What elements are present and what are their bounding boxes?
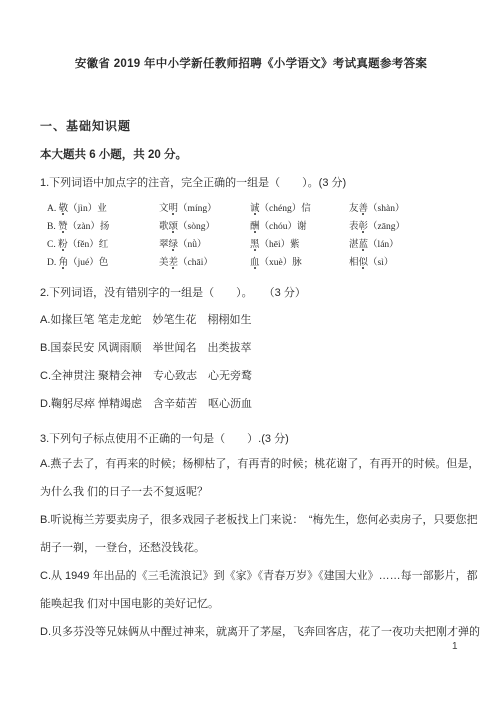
q1-cell: 相似（sì） [349, 254, 462, 272]
section-heading: 一、基础知识题 [40, 117, 462, 134]
q2-option: B.国泰民安 风调雨顺 举世闻名 出类拔萃 [40, 334, 462, 362]
q1-cell: 翠绿（nǜ） [159, 236, 250, 254]
q1-cell: B. 赞（zàn）扬 [47, 218, 159, 236]
q1-option-row: B. 赞（zàn）扬歌颂（sòng）酬（chóu）谢表彰（zāng） [47, 218, 462, 236]
emphasis-dot-char: 酬 [250, 222, 260, 232]
q1-cell: 酬（chóu）谢 [250, 218, 349, 236]
q1-option-row: D. 角（jué）色美差（chāi）血（xuè）脉相似（sì） [47, 254, 462, 272]
q2-option: C.全神贯注 聚精会神 专心致志 心无旁鹜 [40, 362, 462, 390]
page-number: 1 [452, 641, 458, 652]
q2-options: A.如掾巨笔 笔走龙蛇 妙笔生花 栩栩如生B.国泰民安 风调雨顺 举世闻名 出类… [40, 306, 462, 418]
emphasis-dot-char: 善 [359, 204, 369, 214]
q1-cell: A. 敬（jìn）业 [47, 200, 159, 218]
emphasis-dot-char: 诚 [250, 204, 260, 214]
document-title: 安徽省 2019 年中小学新任教师招聘《小学语文》考试真题参考答案 [40, 0, 462, 71]
q1-cell: 诚（chéng）信 [250, 200, 349, 218]
q3-option-line: A.燕子去了，有再来的时候；杨柳枯了，有再青的时候；桃花谢了，有再开的时候。但是… [40, 450, 462, 478]
q1-option-row: C. 粉（fěn）红翠绿（nǜ）黑（hēi）紫湛蓝（lán） [47, 236, 462, 254]
option-label: C. [47, 240, 58, 250]
q1-cell: 美差（chāi） [159, 254, 250, 272]
emphasis-dot-char: 血 [250, 258, 260, 268]
q1-options-table: A. 敬（jìn）业文明（míng）诚（chéng）信友善（shàn）B. 赞（… [40, 200, 462, 272]
document-content: 安徽省 2019 年中小学新任教师招聘《小学语文》考试真题参考答案 一、基础知识… [0, 0, 500, 646]
q1-cell: C. 粉（fěn）红 [47, 236, 159, 254]
emphasis-dot-char: 绿 [169, 240, 179, 250]
q3-option-line: 胡子一剃，一登台，还愁没钱花。 [40, 534, 462, 562]
emphasis-dot-char: 差 [169, 258, 179, 268]
q3-option-line: C.从 1949 年出品的《三毛流浪记》到《家》《青春万岁》《建国大业》……每一… [40, 562, 462, 590]
emphasis-dot-char: 彰 [359, 222, 369, 232]
emphasis-dot-char: 明 [169, 204, 179, 214]
emphasis-dot-char: 蓝 [359, 240, 369, 250]
q3-option-line: B.听说梅兰芳要卖房子，很多戏园子老板找上门来说： “梅先生，您何必卖房子，只要… [40, 506, 462, 534]
q3-option-line: D.贝多芬没等兄妹俩从中醒过神来，就离开了茅屋，飞奔回客店，花了一夜功夫把刚才弹… [40, 618, 462, 646]
emphasis-dot-char: 粉 [58, 240, 68, 250]
q1-cell: D. 角（jué）色 [47, 254, 159, 272]
q1-cell: 黑（hēi）紫 [250, 236, 349, 254]
q3-option-line: 能唤起我 们对中国电影的美好记忆。 [40, 590, 462, 618]
q3-options: A.燕子去了，有再来的时候；杨柳枯了，有再青的时候；桃花谢了，有再开的时候。但是… [40, 450, 462, 646]
emphasis-dot-char: 黑 [250, 240, 260, 250]
q1-cell: 友善（shàn） [349, 200, 462, 218]
q1-cell: 文明（míng） [159, 200, 250, 218]
option-label: D. [47, 258, 59, 268]
option-label: B. [47, 222, 58, 232]
question-2-prompt: 2.下列词语，没有错别字的一组是（ ）。 （3 分） [40, 285, 462, 301]
question-3-prompt: 3.下列句子标点使用不正确的一句是（ ）.(3 分) [40, 431, 462, 447]
q2-option: A.如掾巨笔 笔走龙蛇 妙笔生花 栩栩如生 [40, 306, 462, 334]
q1-cell: 表彰（zāng） [349, 218, 462, 236]
document-page: 安徽省 2019 年中小学新任教师招聘《小学语文》考试真题参考答案 一、基础知识… [0, 0, 500, 707]
emphasis-dot-char: 颂 [169, 222, 179, 232]
q1-cell: 歌颂（sòng） [159, 218, 250, 236]
emphasis-dot-char: 角 [59, 258, 69, 268]
emphasis-dot-char: 敬 [59, 204, 69, 214]
q1-cell: 血（xuè）脉 [250, 254, 349, 272]
emphasis-dot-char: 似 [359, 258, 369, 268]
q3-option-line: 为什么我 们的日子一去不复返呢？ [40, 478, 462, 506]
question-1-prompt: 1.下列词语中加点字的注音，完全正确的一组是（ ）。(3 分) [40, 175, 462, 191]
section-summary: 本大题共 6 小题，共 20 分。 [40, 146, 462, 162]
q2-option: D.鞠躬尽瘁 惮精竭虑 含辛茹苦 呕心沥血 [40, 390, 462, 418]
option-label: A. [47, 204, 59, 214]
emphasis-dot-char: 赞 [58, 222, 68, 232]
q1-cell: 湛蓝（lán） [349, 236, 462, 254]
q1-option-row: A. 敬（jìn）业文明（míng）诚（chéng）信友善（shàn） [47, 200, 462, 218]
